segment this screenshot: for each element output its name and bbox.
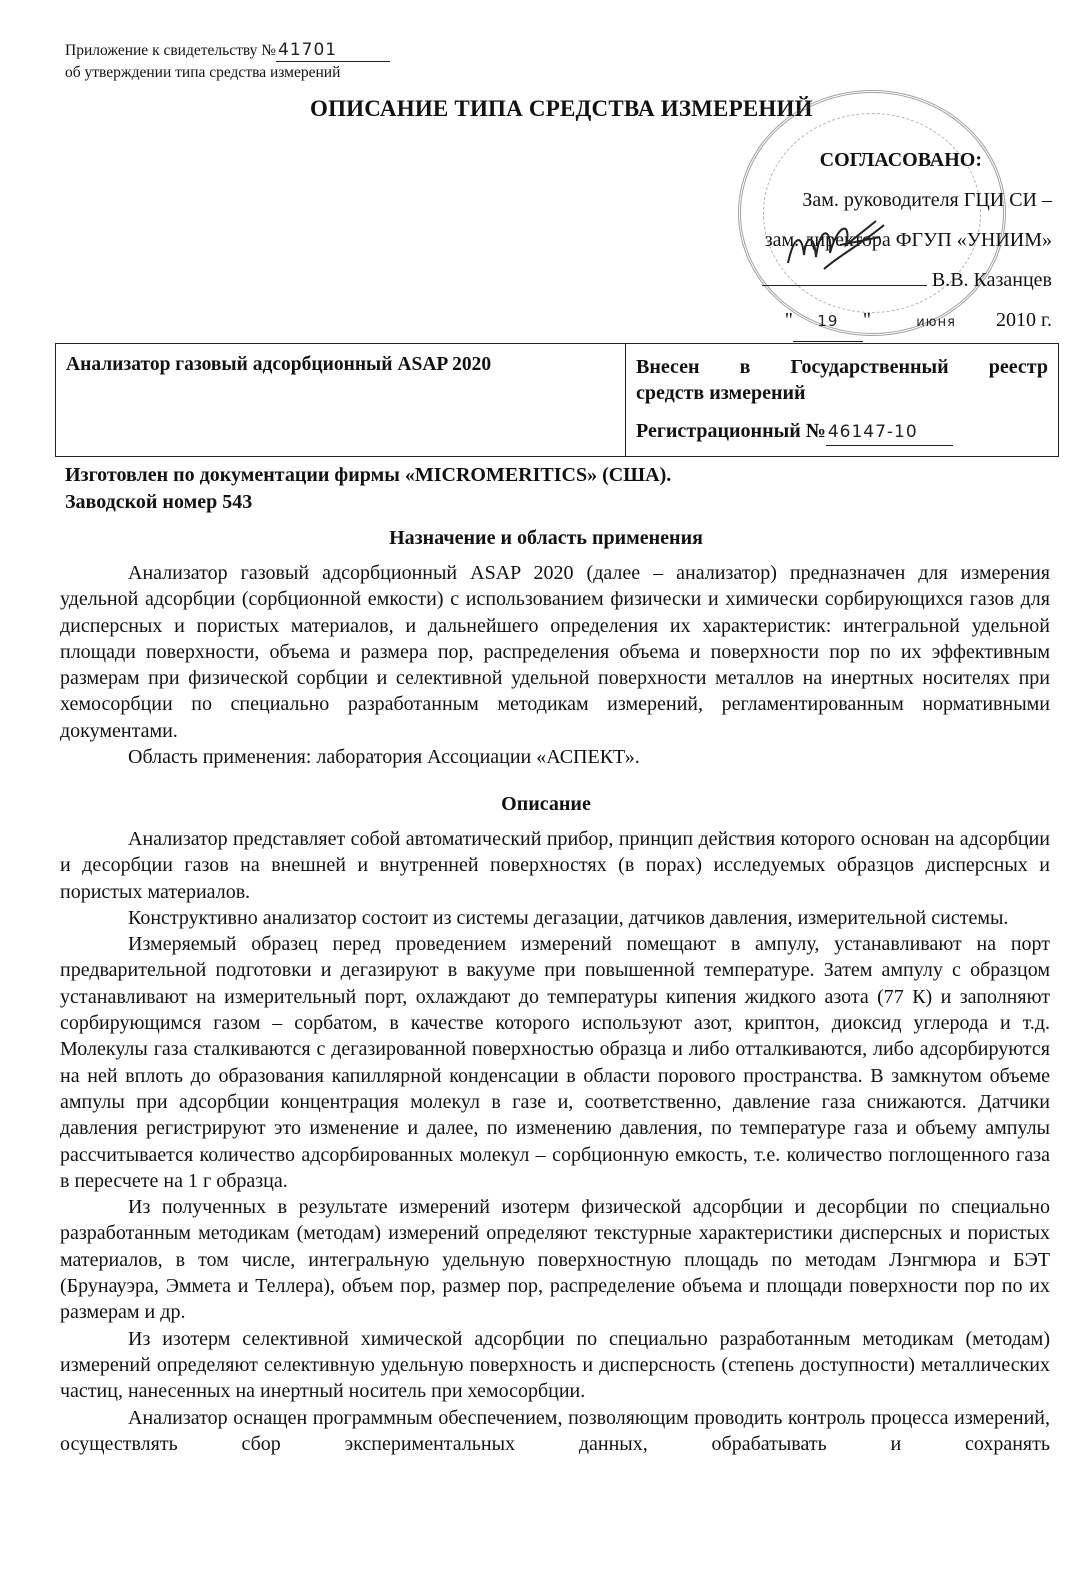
signature-underline [762,285,927,286]
registration-prefix: Регистрационный № [636,420,826,442]
approval-signature-line: В.В. Казанцев [712,260,1052,300]
paragraph: Анализатор газовый адсорбционный ASAP 20… [60,560,1050,744]
appendix-line-1: Приложение к свидетельству №41701 [65,40,390,62]
registry-table: Анализатор газовый адсорбционный ASAP 20… [55,343,1059,457]
section-title-description: Описание [0,793,1092,816]
manufacturer-line: Изготовлен по документации фирмы «MICROM… [65,462,671,489]
registry-info-cell: Внесен в Государственный реестр средств … [626,344,1058,456]
registry-line-2: средств измерений [636,380,1048,406]
approval-line-1: Зам. руководителя ГЦИ СИ – [712,180,1052,220]
section-purpose-body: Анализатор газовый адсорбционный ASAP 20… [60,560,1050,770]
approval-date: "19" июня2010 г. [712,300,1052,344]
paragraph: Анализатор представляет собой автоматиче… [60,826,1050,905]
paragraph: Из изотерм селективной химической адсорб… [60,1326,1050,1405]
instrument-name-cell: Анализатор газовый адсорбционный ASAP 20… [56,344,626,456]
paragraph: Из полученных в результате измерений изо… [60,1194,1050,1325]
paragraph: Конструктивно анализатор состоит из сист… [60,905,1050,931]
paragraph: Измеряемый образец перед проведением изм… [60,931,1050,1194]
instrument-name: Анализатор газовый адсорбционный ASAP 20… [66,354,491,375]
approval-line-2: зам. директора ФГУП «УНИИМ» [712,220,1052,260]
section-description-body: Анализатор представляет собой автоматиче… [60,826,1050,1457]
approval-heading: СОГЛАСОВАНО: [712,140,982,180]
serial-number-line: Заводской номер 543 [65,489,671,516]
section-title-purpose: Назначение и область применения [0,527,1092,550]
appendix-note: Приложение к свидетельству №41701 об утв… [65,40,390,83]
registry-line-1: Внесен в Государственный реестр [636,354,1048,380]
date-month: июня [876,303,996,344]
manufacturer-block: Изготовлен по документации фирмы «MICROM… [65,462,671,516]
signatory-name: В.В. Казанцев [932,269,1052,291]
date-day: 19 [793,301,863,342]
appendix-line-2: об утверждении типа средства измерений [65,62,390,83]
approval-block: СОГЛАСОВАНО: Зам. руководителя ГЦИ СИ – … [712,140,1052,344]
registration-line: Регистрационный №46147-10 [636,418,1048,446]
registration-number: 46147-10 [826,419,953,446]
appendix-prefix: Приложение к свидетельству № [65,42,276,59]
certificate-number: 41701 [276,40,390,62]
document-title: ОПИСАНИЕ ТИПА СРЕДСТВА ИЗМЕРЕНИЙ [310,96,813,122]
date-year: 2010 г. [996,309,1052,331]
paragraph: Анализатор оснащен программным обеспечен… [60,1405,1050,1458]
paragraph: Область применения: лаборатория Ассоциац… [60,744,1050,770]
